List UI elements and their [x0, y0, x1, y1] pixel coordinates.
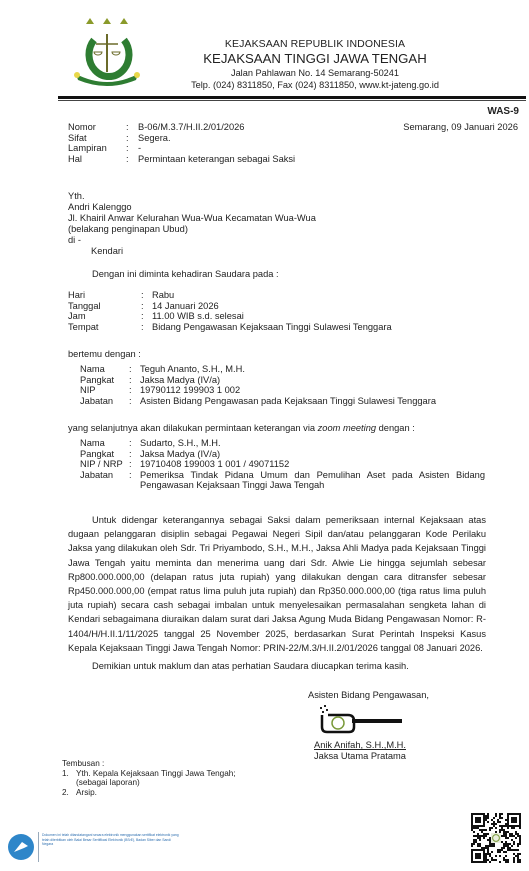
header-rule-thick [58, 96, 526, 99]
body-paragraph: Untuk didengar keterangannya sebagai Sak… [68, 513, 486, 655]
meta-value: Segera. [138, 133, 171, 144]
bsre-disclaimer: Dokumen ini telah ditandatangani secara … [42, 833, 182, 847]
zoom-label-cell: Nama [80, 438, 129, 449]
addressee-street: Jl. Khairil Anwar Kelurahan Wua-Wua Keca… [68, 213, 316, 224]
meta-value: - [138, 143, 141, 154]
bsre-logo-icon [8, 834, 34, 860]
intro-text: Dengan ini diminta kehadiran Saudara pad… [92, 269, 279, 279]
tembusan-item: 1.Yth. Kepala Kejaksaan Tinggi Jawa Teng… [62, 769, 236, 779]
zoom-label: yang selanjutnya akan dilakukan perminta… [68, 423, 415, 433]
header-line1: KEJAKSAAN REPUBLIK INDONESIA [150, 38, 480, 50]
tembusan-item-sub: (sebagai laporan) [62, 778, 236, 788]
zoom-label-cell: Jabatan [80, 470, 129, 491]
zoom-with-table: Nama:Sudarto, S.H., M.H. Pangkat:Jaksa M… [80, 438, 485, 491]
addressee-note: (belakang penginapan Ubud) [68, 224, 316, 235]
addressee-block: Yth. Andri Kalenggo Jl. Khairil Anwar Ke… [68, 191, 316, 257]
meta-value: B-06/M.3.7/H.II.2/01/2026 [138, 122, 244, 133]
schedule-label: Hari [68, 290, 141, 301]
signature-title: Asisten Bidang Pengawasan, [308, 690, 429, 700]
addressee-city: Kendari [68, 246, 316, 257]
tembusan-block: Tembusan : 1.Yth. Kepala Kejaksaan Tingg… [62, 759, 236, 797]
meet-label-cell: NIP [80, 385, 129, 396]
closing-text: Demikian untuk maklum dan atas perhatian… [92, 661, 409, 671]
meet-label-cell: Nama [80, 364, 129, 375]
schedule-value: Rabu [152, 290, 174, 301]
addressee-di: di - [68, 235, 316, 246]
schedule-label: Jam [68, 311, 141, 322]
zoom-label-cell: NIP / NRP [80, 459, 129, 470]
header-address: Jalan Pahlawan No. 14 Semarang-50241 [150, 68, 480, 78]
electronic-signature-icon [318, 703, 406, 735]
letter-meta: Nomor:B-06/M.3.7/H.II.2/01/2026 Sifat:Se… [68, 122, 295, 164]
signatory-name: Anik Anifah, S.H.,M.H. [314, 740, 406, 750]
schedule-value: Bidang Pengawasan Kejaksaan Tinggi Sulaw… [152, 322, 392, 333]
footer-divider [38, 832, 39, 862]
meet-value-cell: Teguh Ananto, S.H., M.H. [140, 364, 245, 375]
meta-label: Hal [68, 154, 126, 165]
salutation: Yth. [68, 191, 316, 202]
meta-value: Permintaan keterangan sebagai Saksi [138, 154, 295, 165]
header-line2: KEJAKSAAN TINGGI JAWA TENGAH [150, 51, 480, 66]
meet-value-cell: 19790112 199903 1 002 [140, 385, 240, 396]
schedule-value: 11.00 WIB s.d. selesai [152, 311, 244, 322]
signatory-rank: Jaksa Utama Pratama [314, 751, 406, 761]
place-date: Semarang, 09 Januari 2026 [403, 122, 518, 132]
zoom-value-cell: Jaksa Madya (IV/a) [140, 449, 485, 460]
meet-label: bertemu dengan : [68, 349, 141, 359]
header-rule-thin [58, 100, 526, 101]
tembusan-label: Tembusan : [62, 759, 236, 769]
schedule-table: Hari:Rabu Tanggal:14 Januari 2026 Jam:11… [68, 290, 392, 332]
form-code: WAS-9 [487, 106, 519, 117]
meet-label-cell: Pangkat [80, 375, 129, 386]
header-contact: Telp. (024) 8311850, Fax (024) 8311850, … [150, 80, 480, 90]
zoom-value-cell: Sudarto, S.H., M.H. [140, 438, 485, 449]
schedule-label: Tanggal [68, 301, 141, 312]
schedule-value: 14 Januari 2026 [152, 301, 219, 312]
meet-with-table: Nama:Teguh Ananto, S.H., M.H. Pangkat:Ja… [80, 364, 436, 406]
zoom-value-cell: Pemeriksa Tindak Pidana Umum dan Pemulih… [140, 470, 485, 491]
addressee-name: Andri Kalenggo [68, 202, 316, 213]
kejaksaan-emblem-icon [72, 14, 142, 92]
meta-label: Nomor [68, 122, 126, 133]
meet-value-cell: Asisten Bidang Pengawasan pada Kejaksaan… [140, 396, 436, 407]
qr-code-icon [471, 813, 521, 863]
meet-label-cell: Jabatan [80, 396, 129, 407]
meet-value-cell: Jaksa Madya (IV/a) [140, 375, 220, 386]
schedule-label: Tempat [68, 322, 141, 333]
meta-label: Sifat [68, 133, 126, 144]
meta-label: Lampiran [68, 143, 126, 154]
zoom-label-cell: Pangkat [80, 449, 129, 460]
zoom-value-cell: 19710408 199003 1 001 / 49071152 [140, 459, 485, 470]
tembusan-item: 2.Arsip. [62, 788, 236, 798]
